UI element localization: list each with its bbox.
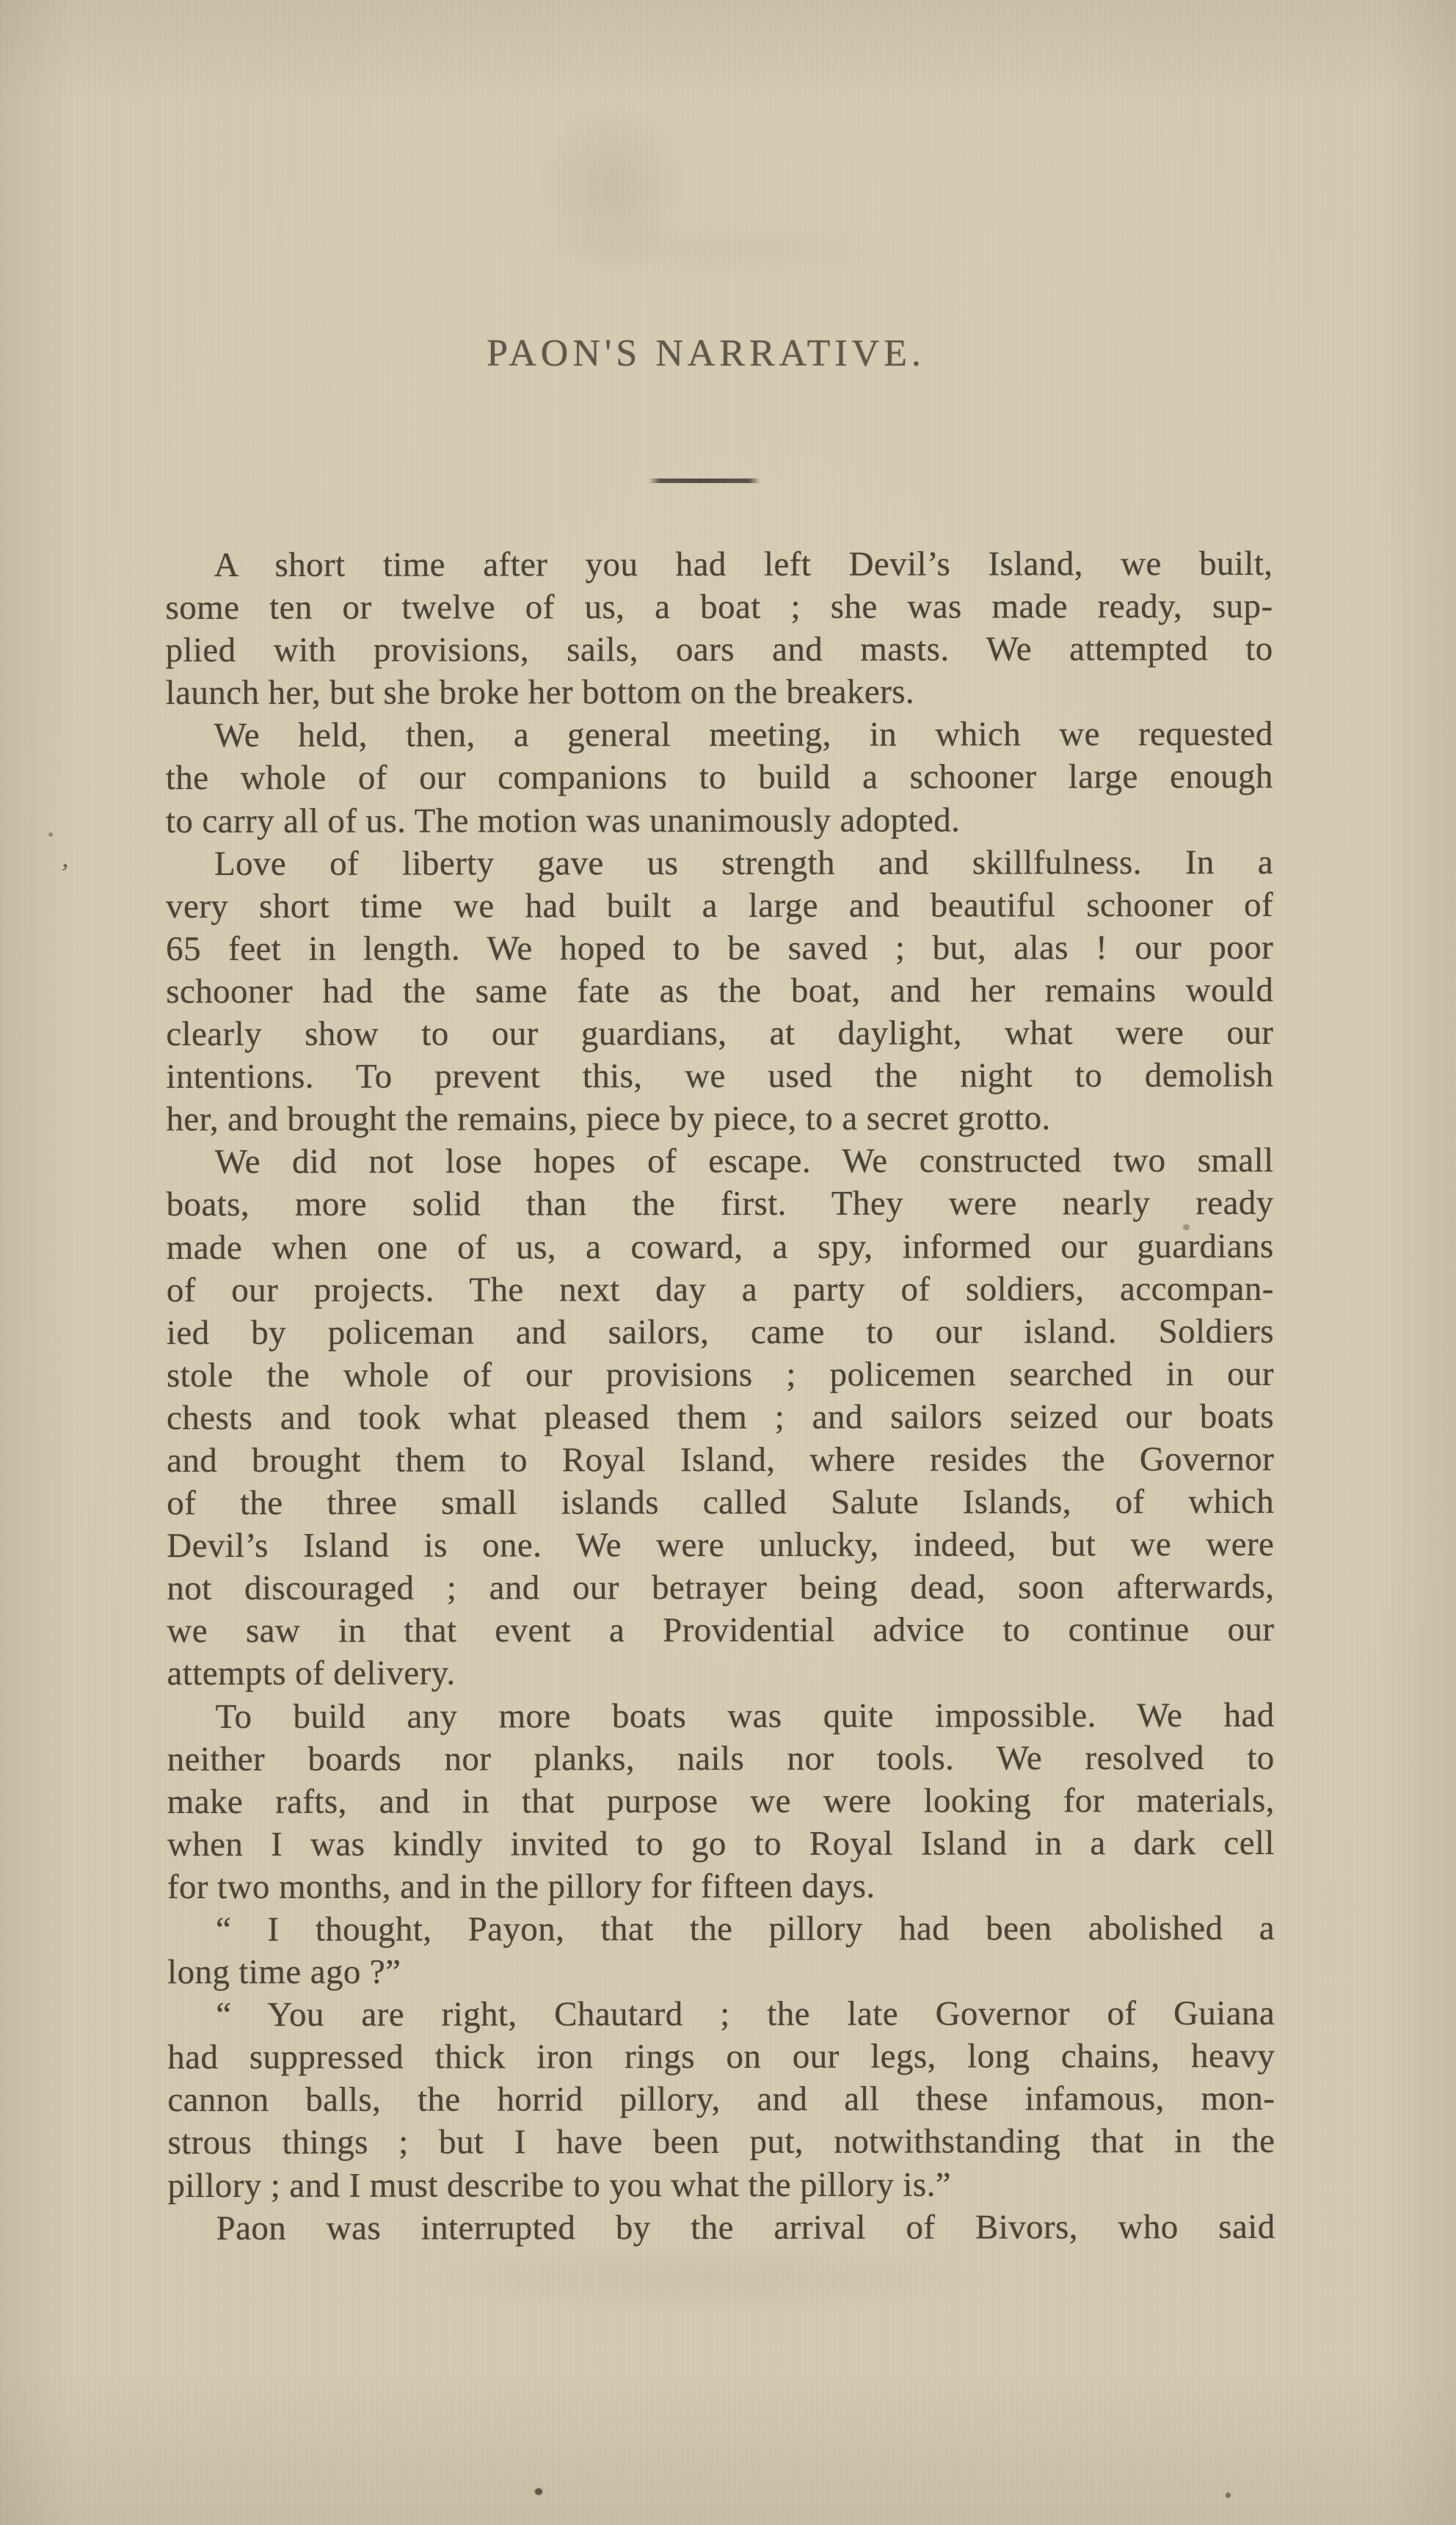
margin-ink-dot: [48, 832, 53, 837]
text-line: some ten or twelve of us, a boat ; she w…: [165, 585, 1273, 629]
text-line: “ You are right, Chautard ; the late Gov…: [167, 1992, 1275, 2036]
ink-speck: [1183, 1224, 1190, 1230]
text-line: not discouraged ; and our betrayer being…: [167, 1566, 1274, 1610]
text-line: plied with provisions, sails, oars and m…: [166, 628, 1273, 672]
text-line: 65 feet in length. We hoped to be saved …: [166, 926, 1273, 970]
scanned-book-page: PAON'S NARRATIVE. A short time after you…: [0, 0, 1456, 2525]
text-line: boats, more solid than the first. They w…: [167, 1182, 1274, 1226]
page-title: PAON'S NARRATIVE.: [167, 332, 1245, 376]
ink-speck: [1226, 2493, 1231, 2498]
text-line: the whole of our companions to build a s…: [166, 755, 1273, 799]
text-line: To build any more boats was quite imposs…: [167, 1693, 1275, 1737]
ink-speck: [414, 985, 419, 991]
text-line: had suppressed thick iron rings on our l…: [167, 2035, 1275, 2079]
text-line: Love of liberty gave us strength and ski…: [166, 841, 1273, 885]
text-line: made when one of us, a coward, a spy, in…: [167, 1224, 1274, 1268]
text-line: to carry all of us. The motion was unani…: [166, 799, 1273, 843]
paragraph: To build any more boats was quite imposs…: [167, 1693, 1275, 1908]
text-line: make rafts, and in that purpose we were …: [167, 1779, 1275, 1823]
paragraph: “ You are right, Chautard ; the late Gov…: [167, 1992, 1275, 2207]
text-line: of our projects. The next day a party of…: [167, 1268, 1274, 1312]
title-divider-rule: [649, 479, 760, 483]
paragraph: We did not lose hopes of escape. We cons…: [167, 1139, 1275, 1695]
text-line: We did not lose hopes of escape. We cons…: [167, 1139, 1274, 1183]
text-line: neither boards nor planks, nails nor too…: [167, 1737, 1275, 1781]
text-line: launch her, but she broke her bottom on …: [166, 670, 1273, 714]
text-line: pillory ; and I must describe to you wha…: [167, 2163, 1275, 2207]
text-line: stole the whole of our provisions ; poli…: [167, 1353, 1274, 1397]
text-line: A short time after you had left Devil’s …: [165, 542, 1273, 586]
paragraph: Love of liberty gave us strength and ski…: [166, 841, 1274, 1141]
text-line: schooner had the same fate as the boat, …: [166, 969, 1273, 1013]
text-line: Devil’s Island is one. We were unlucky, …: [167, 1523, 1274, 1567]
text-line: her, and brought the remains, piece by p…: [166, 1097, 1273, 1141]
text-line: cannon balls, the horrid pillory, and al…: [167, 2077, 1275, 2121]
text-line: strous things ; but I have been put, not…: [167, 2120, 1275, 2164]
text-block: A short time after you had left Devil’s …: [165, 542, 1275, 2250]
text-line: and brought them to Royal Island, where …: [167, 1438, 1274, 1482]
ink-speck: [535, 2488, 542, 2495]
paragraph: We held, then, a general meeting, in whi…: [166, 713, 1273, 842]
text-line: long time ago ?”: [167, 1950, 1275, 1994]
text-line: intentions. To prevent this, we used the…: [166, 1054, 1273, 1098]
paragraph: Paon was interrupted by the arrival of B…: [168, 2206, 1275, 2250]
paragraph: A short time after you had left Devil’s …: [165, 542, 1273, 714]
text-line: for two months, and in the pillory for f…: [167, 1864, 1275, 1908]
text-line: attempts of delivery.: [167, 1651, 1274, 1695]
text-line: ied by policeman and sailors, came to ou…: [167, 1310, 1274, 1354]
text-line: “ I thought, Payon, that the pillory had…: [167, 1907, 1275, 1951]
text-line: chests and took what pleased them ; and …: [167, 1395, 1274, 1439]
text-line: when I was kindly invited to go to Royal…: [167, 1822, 1275, 1866]
paragraph: “ I thought, Payon, that the pillory had…: [167, 1907, 1275, 1994]
margin-ink-mark: ,: [61, 843, 72, 874]
text-line: We held, then, a general meeting, in whi…: [166, 713, 1273, 757]
text-line: very short time we had built a large and…: [166, 884, 1273, 928]
text-line: we saw in that event a Providential advi…: [167, 1608, 1274, 1652]
text-line: Paon was interrupted by the arrival of B…: [168, 2206, 1275, 2250]
text-line: clearly show to our guardians, at daylig…: [166, 1011, 1273, 1056]
text-line: of the three small islands called Salute…: [167, 1481, 1274, 1525]
